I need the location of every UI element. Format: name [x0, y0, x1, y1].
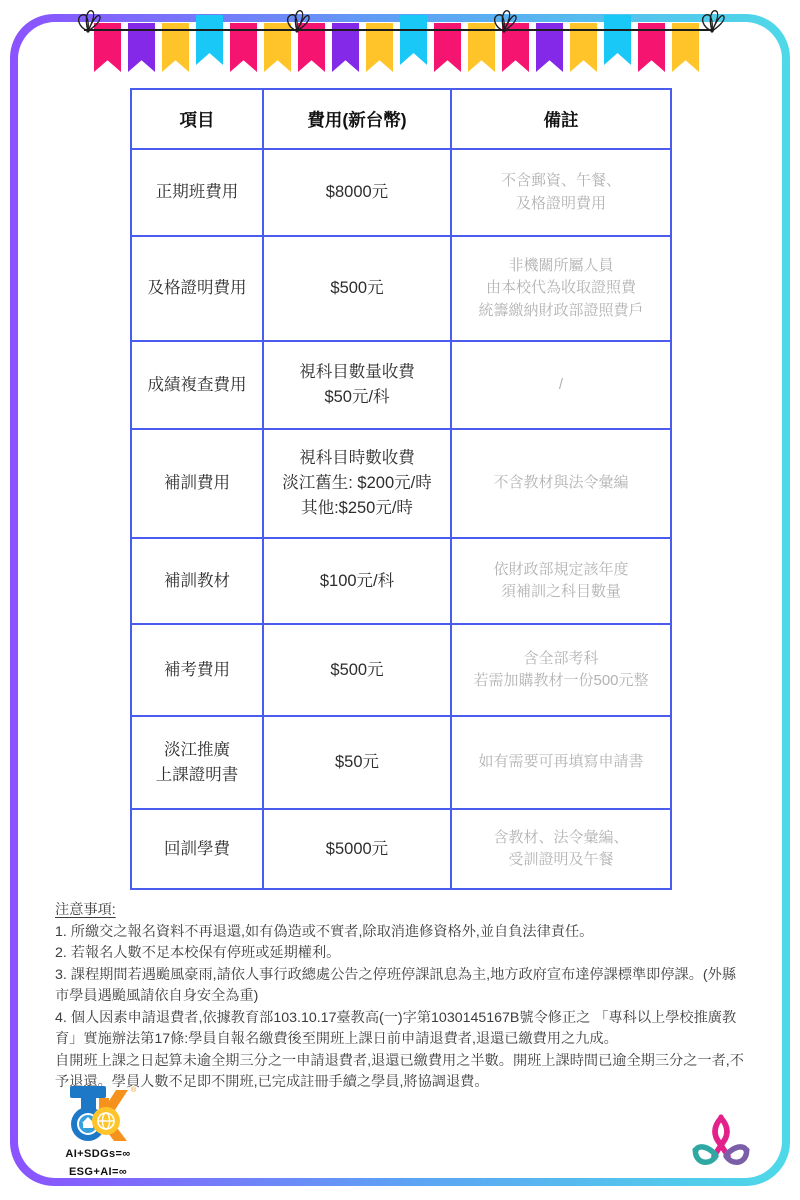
notes-section: 注意事項: 1. 所繳交之報名資料不再退還,如有偽造或不實者,除取消進修資格外,… — [55, 900, 747, 1094]
cell-line: 正期班費用 — [140, 180, 254, 205]
note-cell: 如有需要可再填寫申請書 — [451, 716, 671, 809]
fee-cell: $500元 — [263, 236, 451, 341]
fee-cell: 視科目時數收費淡江舊生: $200元/時其他:$250元/時 — [263, 429, 451, 538]
note-cell: 依財政部規定該年度須補訓之科目數量 — [451, 538, 671, 624]
cell-line: 淡江舊生: $200元/時 — [272, 471, 442, 496]
bunting-flag-cyan — [400, 15, 427, 65]
cell-line: $50元 — [272, 750, 442, 775]
cell-line: $50元/科 — [272, 385, 442, 410]
note-cell: / — [451, 341, 671, 429]
cell-line: 及格證明費用 — [140, 276, 254, 301]
note-paragraph: 2. 若報名人數不足本校保有停班或延期權利。 — [55, 943, 747, 965]
fee-cell: 視科目數量收費$50元/科 — [263, 341, 451, 429]
bunting — [0, 0, 800, 90]
bow-decoration-icon — [75, 8, 101, 34]
svg-text:®: ® — [131, 1086, 137, 1094]
footer-right — [690, 1112, 752, 1183]
slogan-line-2: ESG+AI=∞ — [40, 1164, 156, 1182]
notes-list: 1. 所繳交之報名資料不再退還,如有偽造或不實者,除取消進修資格外,並自負法律責… — [55, 922, 747, 1094]
note-cell: 含全部考科若需加購教材一份500元整 — [451, 624, 671, 716]
cell-line: $500元 — [272, 658, 442, 683]
cell-line: 成績複查費用 — [140, 373, 254, 398]
note-paragraph: 自開班上課之日起算未逾全期三分之一申請退費者,退還已繳費用之半數。開班上課時間已… — [55, 1051, 747, 1094]
fee-cell: $100元/科 — [263, 538, 451, 624]
note-paragraph: 4. 個人因素申請退費者,依據教育部103.10.17臺教高(一)字第10301… — [55, 1008, 747, 1051]
cell-line: 補訓費用 — [140, 471, 254, 496]
bunting-flag-cyan — [196, 15, 223, 65]
fee-poster-page: 項目費用(新台幣)備註 正期班費用$8000元不含郵資、午餐、及格證明費用及格證… — [0, 0, 800, 1200]
table-row: 淡江推廣上課證明書$50元如有需要可再填寫申請書 — [131, 716, 671, 809]
table-row: 成績複查費用視科目數量收費$50元/科/ — [131, 341, 671, 429]
item-cell: 正期班費用 — [131, 149, 263, 236]
cell-line: 依財政部規定該年度 — [460, 559, 662, 582]
item-cell: 淡江推廣上課證明書 — [131, 716, 263, 809]
table-row: 正期班費用$8000元不含郵資、午餐、及格證明費用 — [131, 149, 671, 236]
item-cell: 及格證明費用 — [131, 236, 263, 341]
table-row: 及格證明費用$500元非機關所屬人員由本校代為收取證照費統籌繳納財政部證照費戶 — [131, 236, 671, 341]
cell-line: 受訓證明及午餐 — [460, 849, 662, 872]
fee-table-body: 正期班費用$8000元不含郵資、午餐、及格證明費用及格證明費用$500元非機關所… — [131, 149, 671, 889]
note-cell: 含教材、法令彙編、受訓證明及午餐 — [451, 809, 671, 889]
bow-decoration-icon — [491, 8, 517, 34]
cell-line: $5000元 — [272, 837, 442, 862]
bow-decoration-icon — [699, 8, 725, 34]
item-cell: 補考費用 — [131, 624, 263, 716]
cell-line: $8000元 — [272, 180, 442, 205]
cell-line: 由本校代為收取證照費 — [460, 277, 662, 300]
table-row: 補訓教材$100元/科依財政部規定該年度須補訓之科目數量 — [131, 538, 671, 624]
column-header: 備註 — [451, 89, 671, 149]
cell-line: 淡江推廣 — [140, 738, 254, 763]
tamkang-tk-logo: ® — [58, 1084, 138, 1142]
table-row: 補考費用$500元含全部考科若需加購教材一份500元整 — [131, 624, 671, 716]
ribbon-flower-logo — [690, 1112, 752, 1178]
cell-line: 其他:$250元/時 — [272, 496, 442, 521]
fee-cell: $50元 — [263, 716, 451, 809]
cell-line: 補訓教材 — [140, 569, 254, 594]
note-paragraph: 1. 所繳交之報名資料不再退還,如有偽造或不實者,除取消進修資格外,並自負法律責… — [55, 922, 747, 944]
notes-heading: 注意事項: — [55, 900, 747, 922]
fee-cell: $5000元 — [263, 809, 451, 889]
cell-line: 須補訓之科目數量 — [460, 581, 662, 604]
cell-line: 不含郵資、午餐、 — [460, 170, 662, 193]
cell-line: 非機關所屬人員 — [460, 255, 662, 278]
cell-line: 含全部考科 — [460, 648, 662, 671]
cell-line: $500元 — [272, 276, 442, 301]
cell-line: 視科目數量收費 — [272, 360, 442, 385]
bow-decoration-icon — [284, 8, 310, 34]
cell-line: 含教材、法令彙編、 — [460, 827, 662, 850]
note-cell: 非機關所屬人員由本校代為收取證照費統籌繳納財政部證照費戶 — [451, 236, 671, 341]
cell-line: 統籌繳納財政部證照費戶 — [460, 300, 662, 323]
table-row: 補訓費用視科目時數收費淡江舊生: $200元/時其他:$250元/時不含教材與法… — [131, 429, 671, 538]
note-paragraph: 3. 課程期間若遇颱風豪雨,請依人事行政總處公告之停班停課訊息為主,地方政府宣布… — [55, 965, 747, 1008]
item-cell: 補訓費用 — [131, 429, 263, 538]
item-cell: 補訓教材 — [131, 538, 263, 624]
cell-line: $100元/科 — [272, 569, 442, 594]
note-cell: 不含教材與法令彙編 — [451, 429, 671, 538]
item-cell: 回訓學費 — [131, 809, 263, 889]
cell-line: 不含教材與法令彙編 — [460, 472, 662, 495]
note-cell: 不含郵資、午餐、及格證明費用 — [451, 149, 671, 236]
cell-line: 回訓學費 — [140, 837, 254, 862]
column-header: 費用(新台幣) — [263, 89, 451, 149]
cell-line: 補考費用 — [140, 658, 254, 683]
fee-table-header-row: 項目費用(新台幣)備註 — [131, 89, 671, 149]
cell-line: 若需加購教材一份500元整 — [460, 670, 662, 693]
table-row: 回訓學費$5000元含教材、法令彙編、受訓證明及午餐 — [131, 809, 671, 889]
footer-left: ® AI+SDGs=∞ ESG+AI=∞ — [40, 1084, 156, 1181]
cell-line: 上課證明書 — [140, 763, 254, 788]
item-cell: 成績複查費用 — [131, 341, 263, 429]
cell-line: 及格證明費用 — [460, 193, 662, 216]
slogan-line-1: AI+SDGs=∞ — [40, 1146, 156, 1164]
cell-line: 視科目時數收費 — [272, 446, 442, 471]
bunting-string — [84, 29, 714, 31]
bunting-flag-cyan — [604, 15, 631, 65]
fee-table: 項目費用(新台幣)備註 正期班費用$8000元不含郵資、午餐、及格證明費用及格證… — [130, 88, 672, 890]
cell-line: 如有需要可再填寫申請書 — [460, 751, 662, 774]
column-header: 項目 — [131, 89, 263, 149]
fee-cell: $8000元 — [263, 149, 451, 236]
cell-line: / — [460, 374, 662, 397]
fee-cell: $500元 — [263, 624, 451, 716]
